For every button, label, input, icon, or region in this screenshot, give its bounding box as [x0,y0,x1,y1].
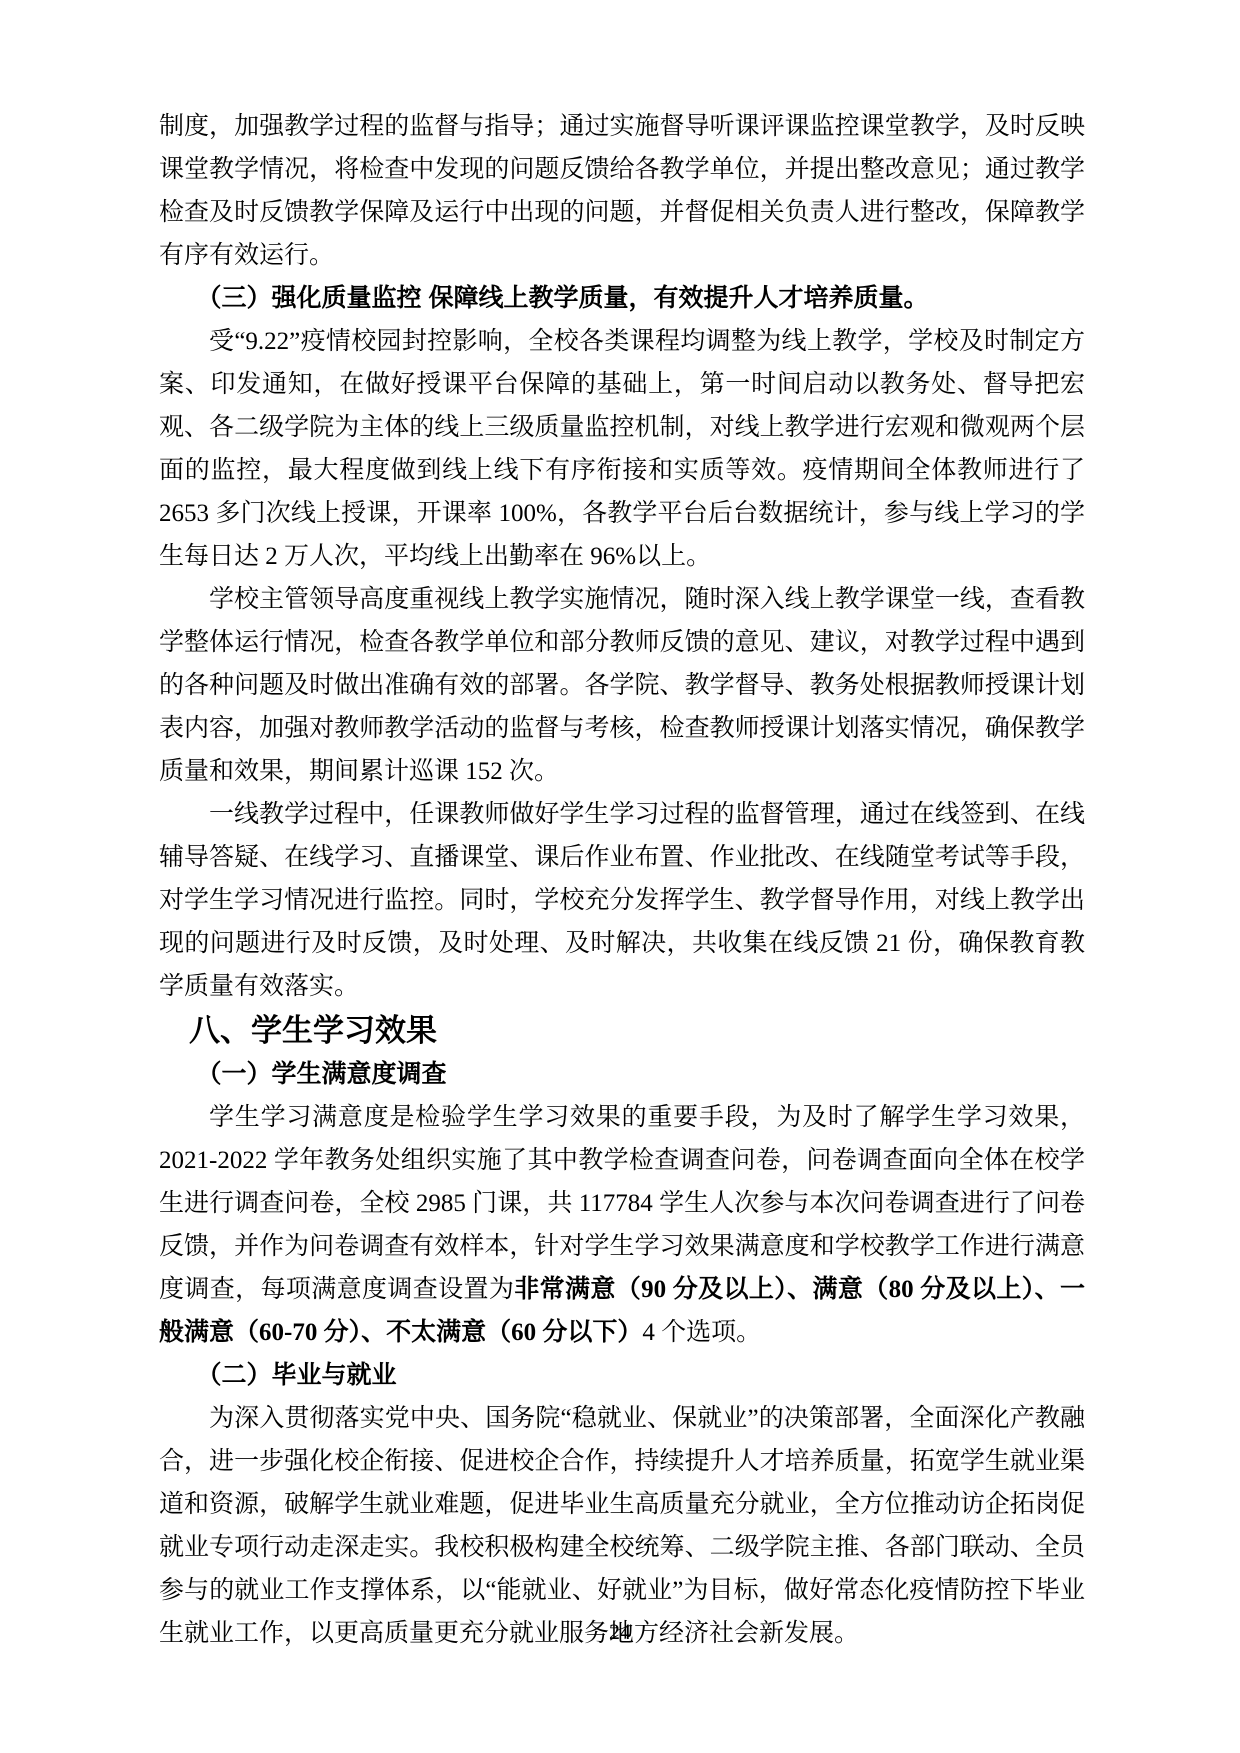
page-number: 24 [0,1617,1240,1647]
subsection-heading-1: （一）学生满意度调查 [159,1053,1085,1096]
paragraph: 受“9.22”疫情校园封控影响，全校各类课程均调整为线上教学，学校及时制定方案、… [159,320,1085,578]
document-page: 制度，加强教学过程的监督与指导；通过实施督导听课评课监控课堂教学，及时反映课堂教… [0,0,1240,1753]
paragraph-continuation: 制度，加强教学过程的监督与指导；通过实施督导听课评课监控课堂教学，及时反映课堂教… [159,105,1085,277]
paragraph: 一线教学过程中，任课教师做好学生学习过程的监督管理，通过在线签到、在线辅导答疑、… [159,793,1085,1008]
paragraph-text-run: 学生学习满意度是检验学生学习效果的重要手段，为及时了解学生学习效果，2021-2… [159,1104,1085,1303]
paragraph: 学生学习满意度是检验学生学习效果的重要手段，为及时了解学生学习效果，2021-2… [159,1096,1085,1354]
subsection-heading-3: （三）强化质量监控 保障线上教学质量，有效提升人才培养质量。 [159,277,1085,320]
subsection-heading-2: （二）毕业与就业 [159,1354,1085,1397]
paragraph-text-run: 4 个选项。 [642,1319,761,1346]
document-content: 制度，加强教学过程的监督与指导；通过实施督导听课评课监控课堂教学，及时反映课堂教… [159,105,1085,1655]
paragraph: 学校主管领导高度重视线上教学实施情况，随时深入线上教学课堂一线，查看教学整体运行… [159,578,1085,793]
chapter-heading: 八、学生学习效果 [159,1008,1085,1053]
